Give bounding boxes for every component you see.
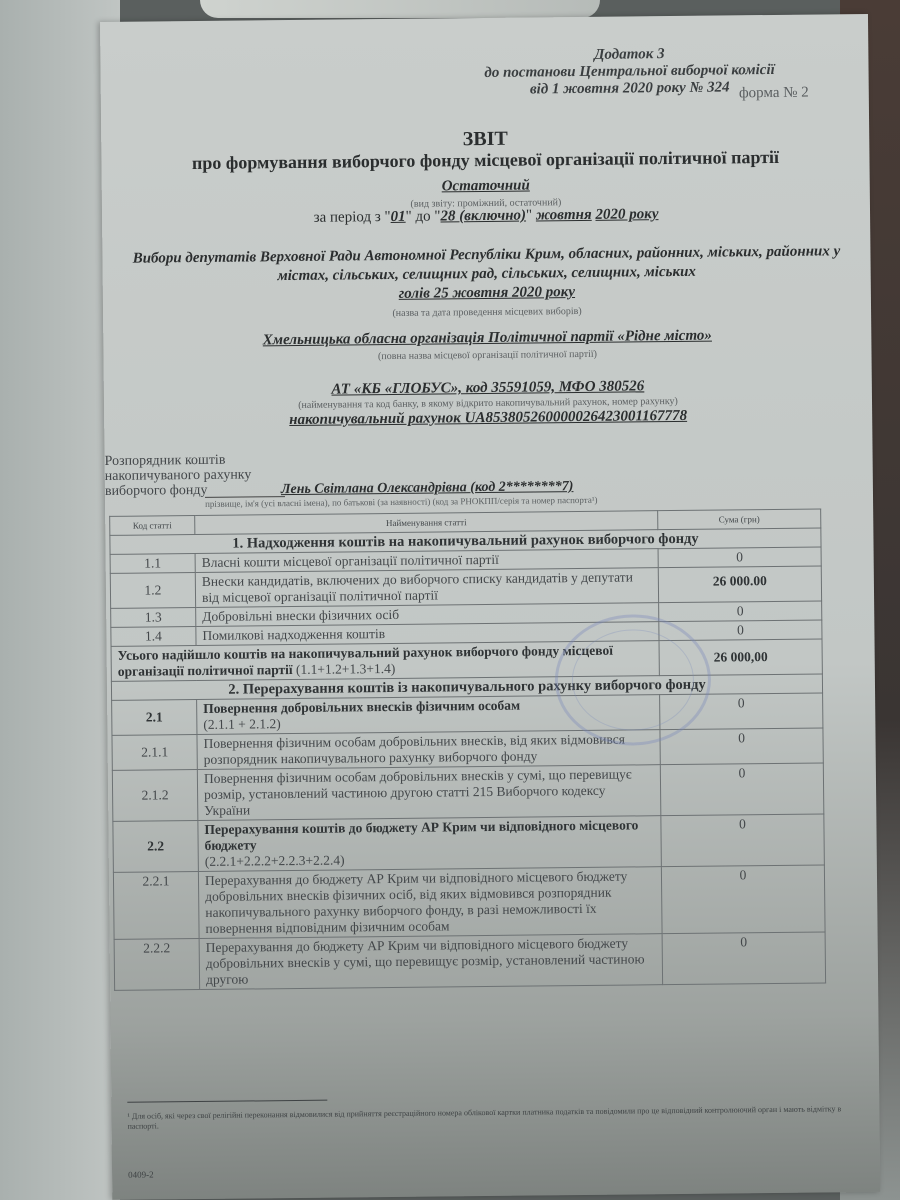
background-plastic-wrap (200, 0, 600, 18)
table-row: 2.1.2 Повернення фізичним особам доброві… (112, 763, 823, 821)
row-code: 1.4 (111, 627, 196, 647)
report-table: Код статті Найменування статті Сума (грн… (109, 508, 826, 990)
row-code: 2.1.2 (112, 770, 198, 822)
row-name: Перерахування до бюджету АР Крим чи відп… (199, 934, 663, 990)
manager-label-line-1: Розпорядник коштів (105, 452, 252, 469)
row-sum: 0 (661, 814, 825, 867)
header-code: Код статті (110, 516, 195, 536)
row-sum: 0 (658, 547, 821, 568)
footnote-divider (127, 1100, 327, 1103)
table-row: 2.2.1 Перерахування до бюджету АР Крим ч… (113, 865, 825, 939)
period-prefix: за період з " (314, 209, 391, 226)
row-code: 2.1.1 (112, 735, 197, 771)
row-name: Повернення фізичним особам добровільних … (197, 765, 661, 821)
period-close: " (526, 207, 532, 223)
row-code: 2.2.1 (113, 872, 199, 940)
annex-line-3: від 1 жовтня 2020 року № 324 (481, 79, 779, 99)
form-code: 0409-2 (128, 1170, 154, 1180)
annex-header: Додаток 3 до постанови Центральної вибор… (100, 45, 778, 103)
period-month: жовтня (536, 207, 592, 224)
annex-line-2: до постанови Центральної виборчої комісі… (480, 62, 778, 82)
form-number: форма № 2 (739, 85, 809, 103)
total-formula: (1.1+1.2+1.3+1.4) (293, 661, 396, 677)
footnote: ¹ Для осіб, які через свої релігійні пер… (127, 1104, 863, 1132)
period-from: 01 (391, 209, 406, 225)
row-code: 2.2.2 (114, 939, 200, 991)
header-sum: Сума (грн) (658, 509, 821, 530)
report-page: Додаток 3 до постанови Центральної вибор… (100, 14, 880, 1200)
row-code: 1.2 (110, 573, 195, 609)
table-row: 2.2 Перерахування коштів до бюджету АР К… (113, 814, 824, 872)
period-mid: " до " (406, 208, 441, 224)
row-code: 1.3 (111, 608, 196, 628)
row-code: 2.2 (113, 821, 199, 873)
row-code: 2.1 (112, 700, 197, 736)
period-to: 28 (включно) (440, 208, 526, 225)
report-kind-value: Остаточний (442, 178, 530, 195)
manager-label-line-2: накопичуваного рахунку (105, 467, 252, 484)
row-name: Перерахування до бюджету АР Крим чи відп… (198, 867, 662, 939)
period-year: 2020 року (595, 206, 658, 223)
row-sum: 0 (662, 932, 826, 985)
row-sum: 0 (659, 601, 822, 622)
manager-label: Розпорядник коштів накопичуваного рахунк… (105, 452, 252, 499)
elections-description: Вибори депутатів Верховної Ради Автономн… (112, 242, 861, 307)
row-sum: 0 (661, 865, 825, 934)
row-name-bold: Перерахування коштів до бюджету АР Крим … (204, 817, 654, 854)
row-name: Внески кандидатів, включених до виборчог… (195, 568, 658, 608)
table-row: 2.2.2 Перерахування до бюджету АР Крим ч… (114, 932, 825, 990)
row-sum: 26 000.00 (658, 566, 821, 603)
row-name: Перерахування коштів до бюджету АР Крим … (198, 816, 662, 872)
row-code: 1.1 (110, 554, 195, 574)
elections-hint: (назва та дата проведення місцевих вибор… (103, 303, 871, 322)
row-sum: 0 (660, 728, 823, 765)
row-sum: 0 (660, 763, 824, 816)
